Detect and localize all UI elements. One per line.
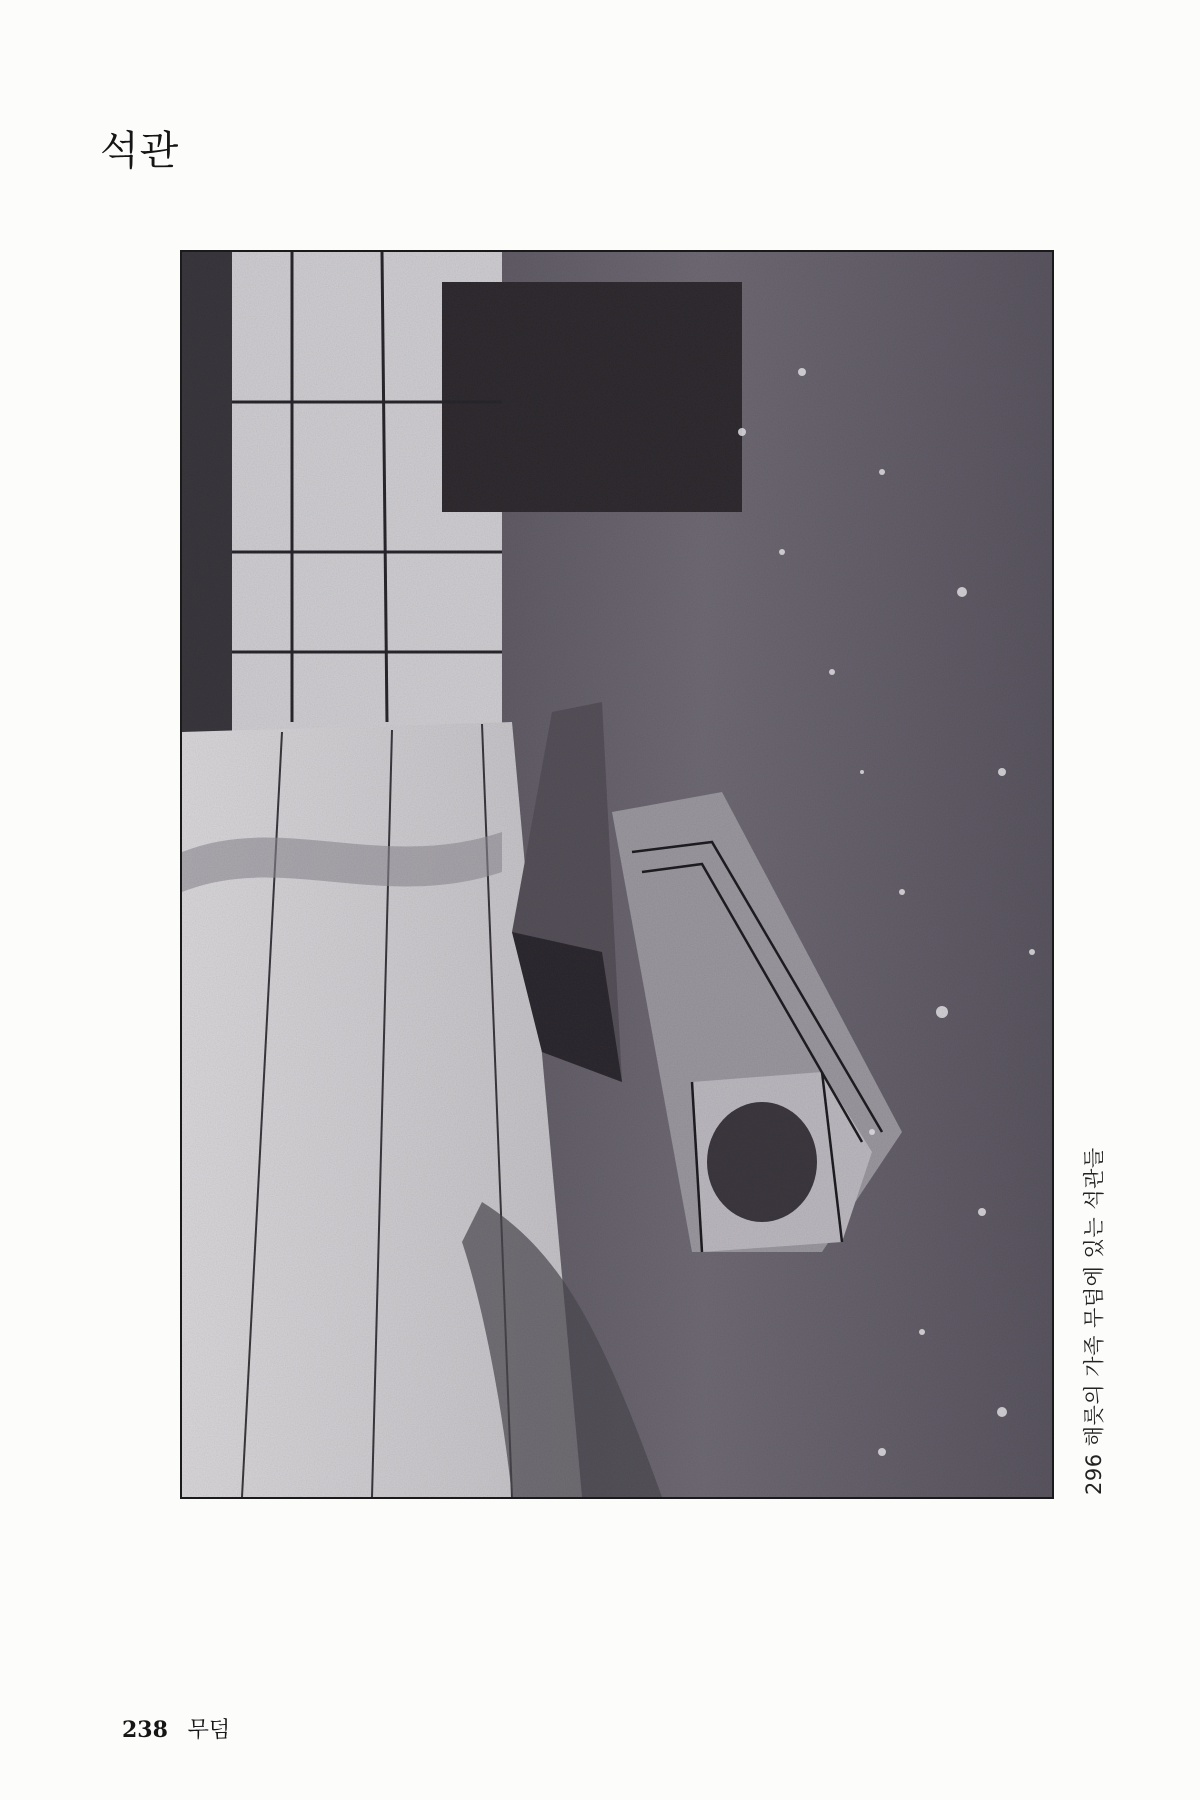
page-number: 238	[122, 1717, 168, 1743]
chapter-title: 무덤	[188, 1718, 231, 1743]
sarcophagi-photo-illustration	[182, 252, 1052, 1497]
section-title: 석관	[100, 119, 179, 176]
figure-caption: 296 해릇의 가족 무덤에 있는 석관들	[1078, 1147, 1108, 1495]
tomb-photo	[180, 250, 1054, 1499]
page-footer: 238 무덤	[122, 1713, 230, 1744]
